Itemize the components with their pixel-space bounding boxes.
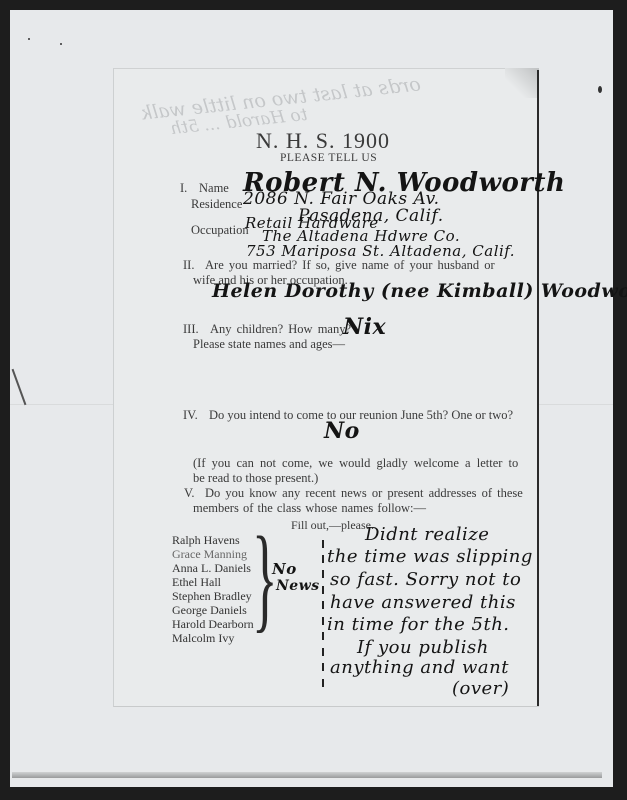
dashed-margin-line (322, 617, 324, 625)
spouse-answer: Helen Dorothy (nee Kimball) Woodworth (212, 280, 627, 302)
dashed-margin-line (322, 601, 324, 609)
letter-line: If you publish (357, 637, 489, 658)
letter-line: in time for the 5th. (327, 614, 510, 635)
children-names-prompt: Please state names and ages— (193, 337, 345, 352)
section-iv-number: IV. (183, 408, 198, 423)
residence-label: Residence (191, 197, 242, 212)
card-corner-shadow (505, 68, 539, 98)
letter-line: have answered this (330, 592, 516, 613)
letter-note-line2: be read to those present.) (193, 471, 318, 486)
married-question-line1: Are you married? If so, give name of you… (205, 258, 495, 273)
letter-line: Didnt realize (365, 524, 489, 545)
section-iii-number: III. (183, 322, 199, 337)
section-i-number: I. (180, 181, 187, 196)
reunion-answer: No (324, 418, 360, 444)
dashed-margin-line (322, 540, 324, 548)
page-bottom-edge (12, 772, 602, 778)
name-label: Name (199, 181, 229, 196)
no-news-answer-line2: News (276, 578, 320, 594)
brace-mark: } (252, 510, 277, 646)
letter-line: so fast. Sorry not to (330, 569, 521, 590)
dashed-margin-line (322, 648, 324, 656)
classmate-name: Malcolm Ivy (172, 631, 234, 646)
no-news-answer-line1: No (272, 560, 297, 578)
form-subtitle: PLEASE TELL US (280, 152, 377, 164)
classmate-name: Grace Manning (172, 547, 247, 562)
dashed-margin-line (322, 679, 324, 687)
card-right-edge (537, 70, 539, 706)
classmate-name: Harold Dearborn (172, 617, 254, 632)
letter-line: (over) (452, 678, 509, 699)
speck (28, 38, 30, 40)
dashed-margin-line (322, 586, 324, 594)
dashed-margin-line (322, 555, 324, 563)
letter-line: anything and want (330, 657, 509, 678)
classmate-name: Stephen Bradley (172, 589, 252, 604)
classmate-name: Ethel Hall (172, 575, 221, 590)
fill-out-prompt: Fill out,—please. (291, 518, 374, 533)
occupation-label: Occupation (191, 223, 249, 238)
dashed-margin-line (322, 663, 324, 671)
dashed-margin-line (322, 632, 324, 640)
letter-note-line1: (If you can not come, we would gladly we… (193, 456, 518, 471)
classmate-name: Anna L. Daniels (172, 561, 251, 576)
classmate-name: George Daniels (172, 603, 247, 618)
classmates-question-line2: members of the class whose names follow:… (193, 501, 426, 516)
speck (598, 86, 602, 93)
section-v-number: V. (184, 486, 195, 501)
dashed-margin-line (322, 570, 324, 578)
section-ii-number: II. (183, 258, 194, 273)
letter-line: the time was slipping (327, 546, 533, 567)
children-answer: Nix (343, 314, 386, 340)
speck (60, 43, 62, 45)
reunion-question: Do you intend to come to our reunion Jun… (209, 408, 513, 423)
children-question: Any children? How many? (210, 322, 351, 337)
classmate-name: Ralph Havens (172, 533, 240, 548)
classmates-question-line1: Do you know any recent news or present a… (205, 486, 523, 501)
form-title: N. H. S. 1900 (256, 128, 390, 154)
